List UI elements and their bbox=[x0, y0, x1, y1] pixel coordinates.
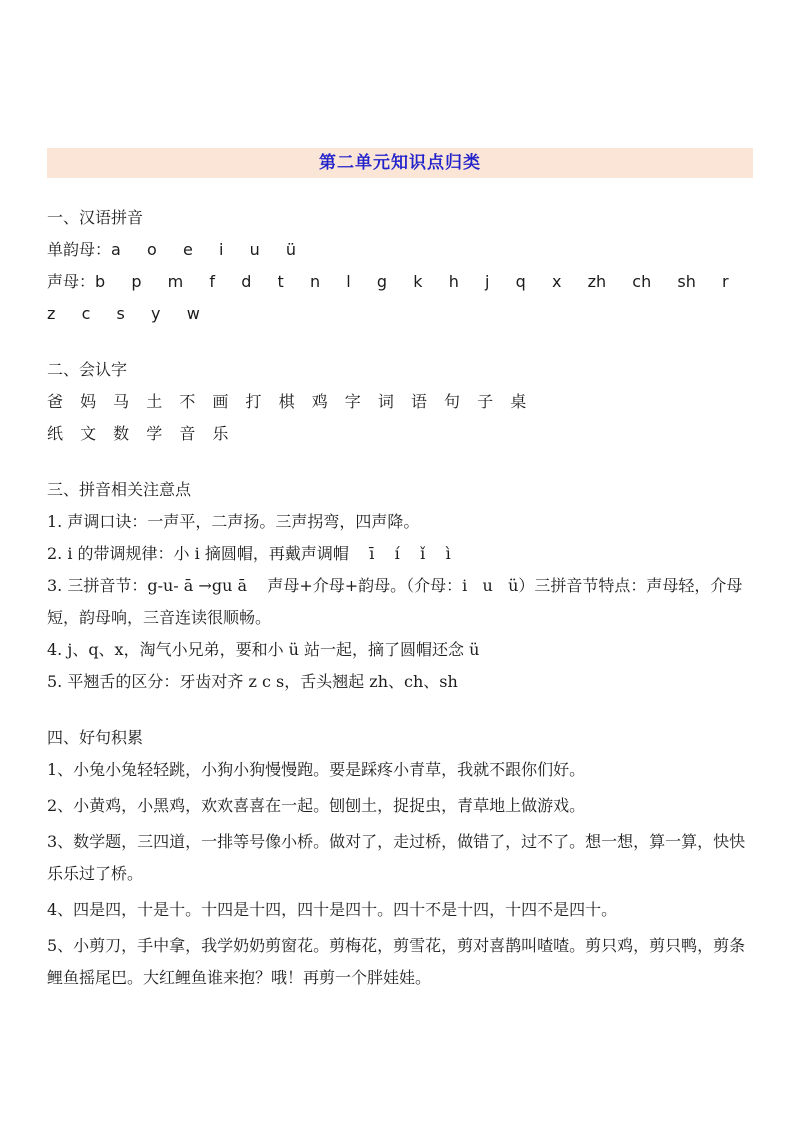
worksheet-page: 第二单元知识点归类 一、汉语拼音 单韵母：a o e i u ü 声母：b p … bbox=[47, 0, 753, 994]
page-title: 第二单元知识点归类 bbox=[319, 153, 481, 173]
sentence-item-1: 1、小兔小兔轻轻跳，小狗小狗慢慢跑。要是踩疼小青草，我就不跟你们好。 bbox=[47, 754, 753, 786]
character-row-2: 纸 文 数 学 音 乐 bbox=[47, 418, 753, 450]
note-item-2: 2. i 的带调规律：小 i 摘圆帽，再戴声调帽 ī í ǐ ì bbox=[47, 538, 753, 570]
note-item-1: 1. 声调口诀：一声平，二声扬。三声拐弯，四声降。 bbox=[47, 506, 753, 538]
note-item-5: 5. 平翘舌的区分：牙齿对齐 z c s，舌头翘起 zh、ch、sh bbox=[47, 666, 753, 698]
single-vowels-line: 单韵母：a o e i u ü bbox=[47, 234, 753, 266]
sentence-item-2: 2、小黄鸡，小黑鸡，欢欢喜喜在一起。刨刨土，捉捉虫，青草地上做游戏。 bbox=[47, 790, 753, 822]
sentence-item-3: 3、数学题，三四道，一排等号像小桥。做对了，走过桥，做错了，过不了。想一想，算一… bbox=[47, 826, 753, 890]
initials-line: 声母：b p m f d t n l g k h j q x zh ch sh … bbox=[47, 266, 753, 330]
sentence-item-4: 4、四是四，十是十。十四是十四，四十是四十。四十不是十四，十四不是四十。 bbox=[47, 894, 753, 926]
title-banner: 第二单元知识点归类 bbox=[47, 148, 753, 178]
section-heading-notes: 三、拼音相关注意点 bbox=[47, 474, 753, 506]
section-good-sentences: 四、好句积累 1、小兔小兔轻轻跳，小狗小狗慢慢跑。要是踩疼小青草，我就不跟你们好… bbox=[47, 722, 753, 994]
section-heading-pinyin: 一、汉语拼音 bbox=[47, 202, 753, 234]
section-characters: 二、会认字 爸 妈 马 土 不 画 打 棋 鸡 字 词 语 句 子 桌 纸 文 … bbox=[47, 354, 753, 450]
section-heading-characters: 二、会认字 bbox=[47, 354, 753, 386]
section-pinyin-notes: 三、拼音相关注意点 1. 声调口诀：一声平，二声扬。三声拐弯，四声降。 2. i… bbox=[47, 474, 753, 698]
character-row-1: 爸 妈 马 土 不 画 打 棋 鸡 字 词 语 句 子 桌 bbox=[47, 386, 753, 418]
section-heading-sentences: 四、好句积累 bbox=[47, 722, 753, 754]
note-item-3: 3. 三拼音节：g-u- ā →gu ā 声母+介母+韵母。（介母：i u ü）… bbox=[47, 570, 753, 634]
note-item-4: 4. j、q、x，淘气小兄弟，要和小 ü 站一起，摘了圆帽还念 ü bbox=[47, 634, 753, 666]
section-hanyu-pinyin: 一、汉语拼音 单韵母：a o e i u ü 声母：b p m f d t n … bbox=[47, 202, 753, 330]
sentence-item-5: 5、小剪刀，手中拿，我学奶奶剪窗花。剪梅花，剪雪花，剪对喜鹊叫喳喳。剪只鸡，剪只… bbox=[47, 930, 753, 994]
